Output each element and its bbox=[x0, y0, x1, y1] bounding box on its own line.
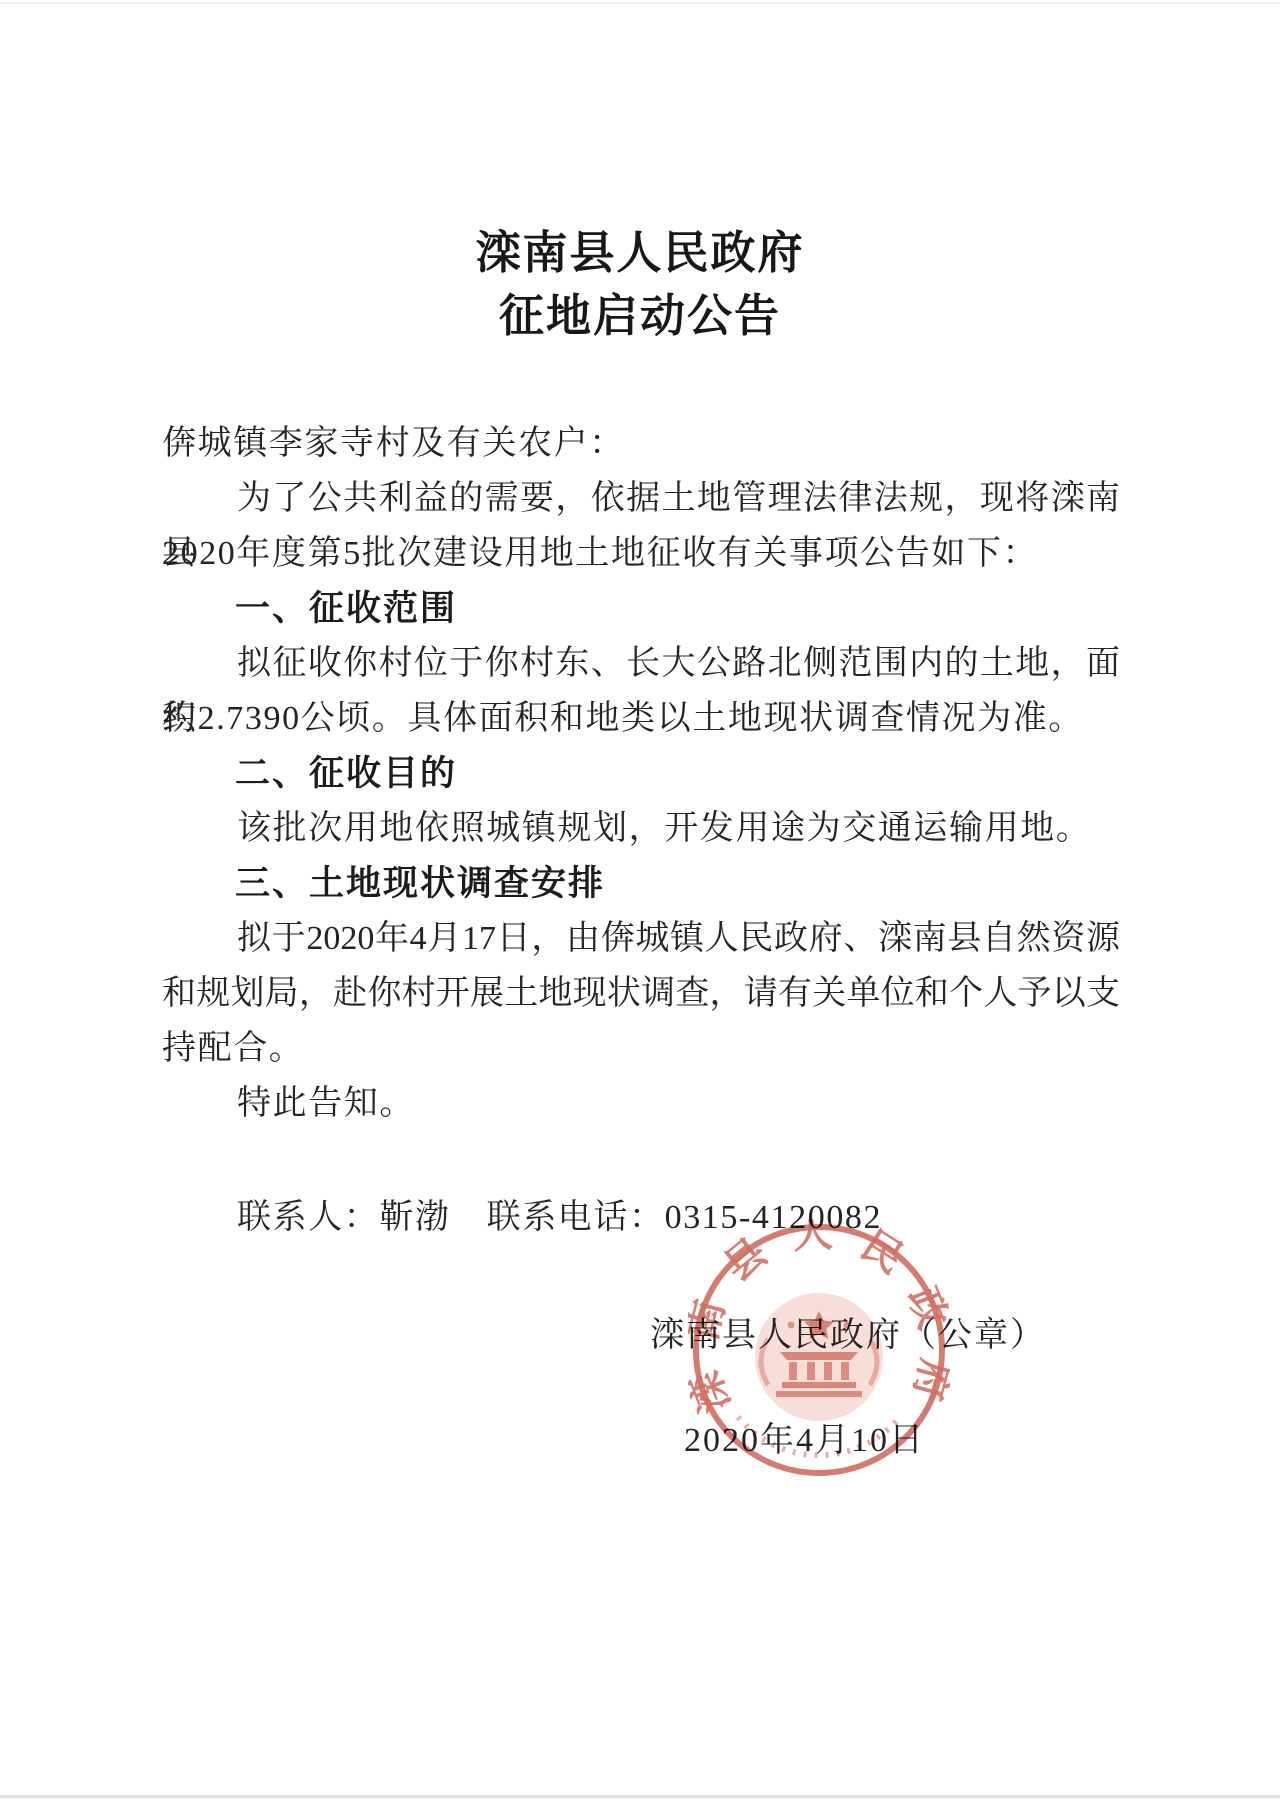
contact-phone: 0315-4120082 bbox=[665, 1199, 883, 1236]
body-line: 拟征收你村位于你村东、长大公路北侧范围内的土地，面积 bbox=[162, 636, 1120, 691]
title-line-1: 滦南县人民政府 bbox=[0, 222, 1280, 285]
contact-person-label: 联系人： bbox=[237, 1199, 379, 1236]
section-heading: 二、征收目的 bbox=[162, 746, 1120, 801]
body-line: 倴城镇李家寺村及有关农户： bbox=[162, 416, 1120, 471]
signature-line: 滦南县人民政府（公章） bbox=[650, 1308, 1046, 1363]
document-body: 倴城镇李家寺村及有关农户：为了公共利益的需要，依据土地管理法律法规，现将滦南县2… bbox=[162, 416, 1120, 1131]
body-line: 和规划局，赴你村开展土地现状调查，请有关单位和个人予以支 bbox=[162, 966, 1120, 1021]
body-line: 2020年度第5批次建设用地土地征收有关事项公告如下： bbox=[162, 526, 1120, 581]
body-line: 特此告知。 bbox=[162, 1076, 1120, 1131]
page-bottom-edge bbox=[0, 1795, 1280, 1798]
contact-line: 联系人：靳渤联系电话：0315-4120082 bbox=[237, 1190, 882, 1245]
body-line: 拟于2020年4月17日，由倴城镇人民政府、滦南县自然资源 bbox=[162, 911, 1120, 966]
contact-person: 靳渤 bbox=[379, 1199, 450, 1236]
section-heading: 一、征收范围 bbox=[162, 581, 1120, 636]
title-line-2: 征地启动公告 bbox=[0, 285, 1280, 348]
body-line: 为了公共利益的需要，依据土地管理法律法规，现将滦南县 bbox=[162, 471, 1120, 526]
body-line: 持配合。 bbox=[162, 1021, 1120, 1076]
date-line: 2020年4月10日 bbox=[684, 1413, 925, 1468]
page-top-edge bbox=[0, 2, 1280, 4]
document-page: 滦南县人民政府 征地启动公告 倴城镇李家寺村及有关农户：为了公共利益的需要，依据… bbox=[0, 0, 1280, 1804]
body-line: 约2.7390公顷。具体面积和地类以土地现状调查情况为准。 bbox=[162, 691, 1120, 746]
body-line: 该批次用地依照城镇规划，开发用途为交通运输用地。 bbox=[162, 801, 1120, 856]
document-title: 滦南县人民政府 征地启动公告 bbox=[0, 222, 1280, 348]
contact-phone-label: 联系电话： bbox=[487, 1199, 665, 1236]
section-heading: 三、土地现状调查安排 bbox=[162, 856, 1120, 911]
